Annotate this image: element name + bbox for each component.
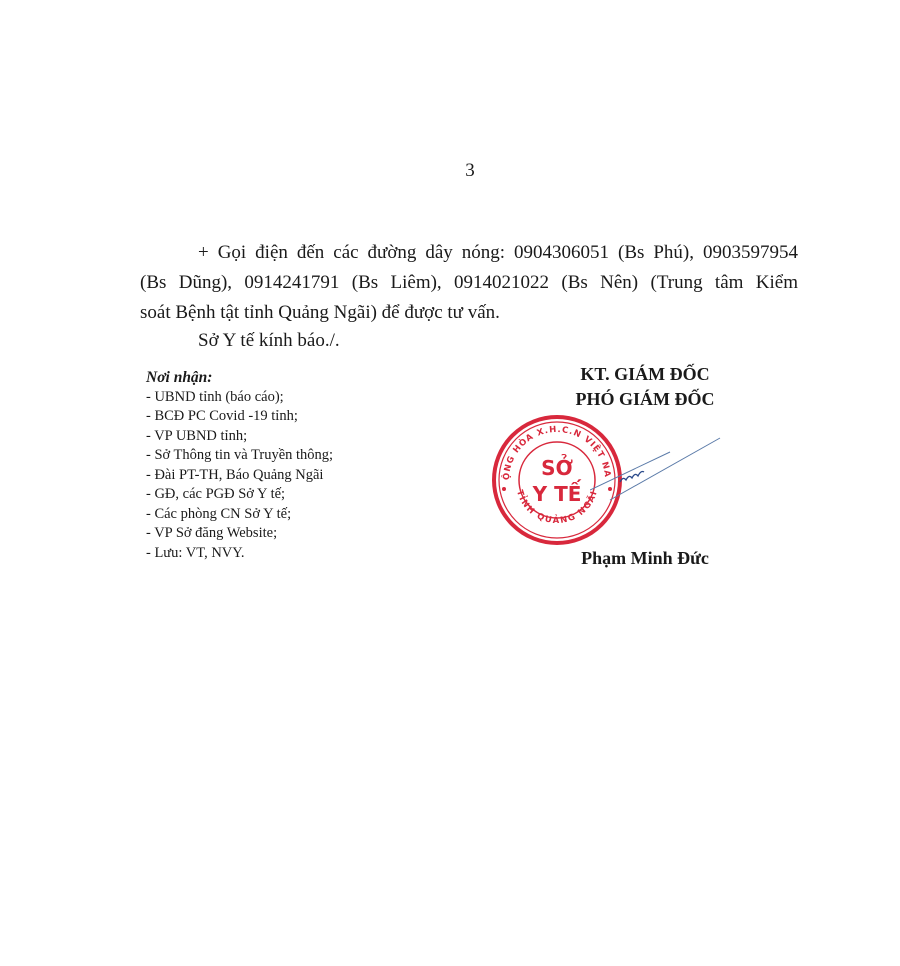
signature-title-line-1: KT. GIÁM ĐỐC bbox=[560, 362, 730, 387]
svg-text:Y TẾ: Y TẾ bbox=[532, 480, 582, 506]
signer-name: Phạm Minh Đức bbox=[560, 548, 730, 569]
recipient-item: - UBND tỉnh (báo cáo); bbox=[146, 388, 333, 408]
recipient-item: - VP Sở đăng Website; bbox=[146, 524, 333, 544]
svg-text:SỞ: SỞ bbox=[541, 455, 573, 480]
paragraph-line: soát Bệnh tật tỉnh Quảng Ngãi) để được t… bbox=[140, 298, 798, 328]
closing-paragraph: Sở Y tế kính báo./. bbox=[140, 326, 798, 356]
recipient-item: - BCĐ PC Covid -19 tỉnh; bbox=[146, 407, 333, 427]
paragraph-line: + Gọi điện đến các đường dây nóng: 09043… bbox=[140, 238, 798, 268]
recipient-item: - VP UBND tỉnh; bbox=[146, 427, 333, 447]
hotline-paragraph: + Gọi điện đến các đường dây nóng: 09043… bbox=[140, 238, 798, 328]
signature-title-line-2: PHÓ GIÁM ĐỐC bbox=[560, 387, 730, 412]
recipient-item: - GĐ, các PGĐ Sở Y tế; bbox=[146, 485, 333, 505]
handwritten-signature-icon bbox=[590, 430, 730, 510]
recipient-item: - Sở Thông tin và Truyền thông; bbox=[146, 446, 333, 466]
recipients-title: Nơi nhận: bbox=[146, 368, 333, 388]
page-number: 3 bbox=[0, 160, 900, 182]
recipient-item: - Lưu: VT, NVY. bbox=[146, 544, 333, 564]
paragraph-line: (Bs Dũng), 0914241791 (Bs Liêm), 0914021… bbox=[140, 268, 798, 298]
recipient-item: - Các phòng CN Sở Y tế; bbox=[146, 505, 333, 525]
recipients-list: Nơi nhận: - UBND tỉnh (báo cáo); - BCĐ P… bbox=[146, 368, 333, 563]
recipient-item: - Đài PT-TH, Báo Quảng Ngãi bbox=[146, 466, 333, 486]
signature-title-block: KT. GIÁM ĐỐC PHÓ GIÁM ĐỐC bbox=[560, 362, 730, 412]
